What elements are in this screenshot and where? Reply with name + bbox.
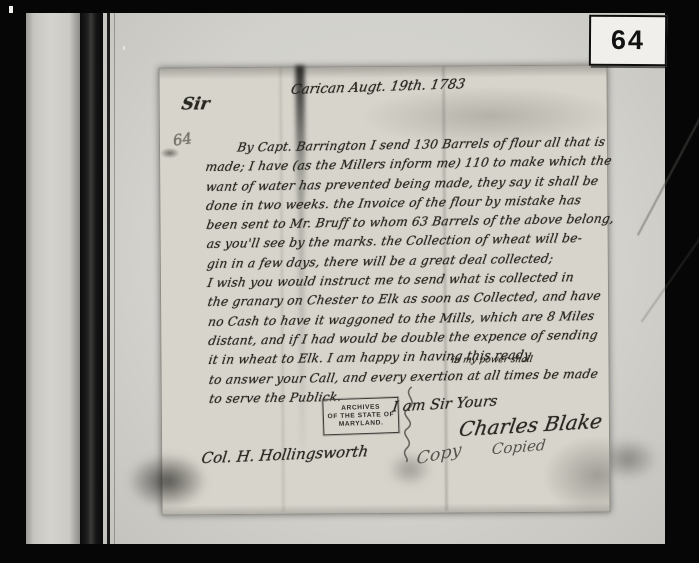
letter-sheet: 64 Carican Augt. 19th. 1783 Sir By Capt.… (158, 64, 610, 515)
addressee-line: Col. H. Hollingsworth (201, 442, 370, 467)
stamp-line: MARYLAND. (339, 419, 384, 428)
letter-dateline: Carican Augt. 19th. 1783 (290, 76, 467, 98)
letter-body: By Capt. Barrington I send 130 Barrels o… (205, 135, 611, 411)
film-left-page-edge (26, 13, 80, 544)
letter-salutation: Sir (180, 94, 211, 114)
microfilm-frame: (copy) 64 Carican Augt. 19th. 1783 Sir B… (0, 0, 699, 563)
binding-line (107, 13, 110, 544)
ink-smudge (127, 453, 207, 509)
pencil-copied-note: Copied (491, 436, 547, 458)
film-speck (123, 46, 125, 50)
paper-crease-diagonal (637, 102, 699, 235)
book-gutter-shadow (80, 13, 103, 544)
page-number: 64 (611, 25, 645, 56)
handwritten-folio-number: 64 (172, 129, 194, 150)
film-speck (9, 6, 13, 13)
interlinear-insertion: in my power shall (451, 355, 534, 366)
archives-stamp: ARCHIVES OF THE STATE OF MARYLAND. (322, 397, 399, 436)
binding-line-thin (114, 13, 115, 544)
paper-crease-diagonal (641, 166, 699, 323)
page-number-tag: 64 (589, 15, 667, 67)
